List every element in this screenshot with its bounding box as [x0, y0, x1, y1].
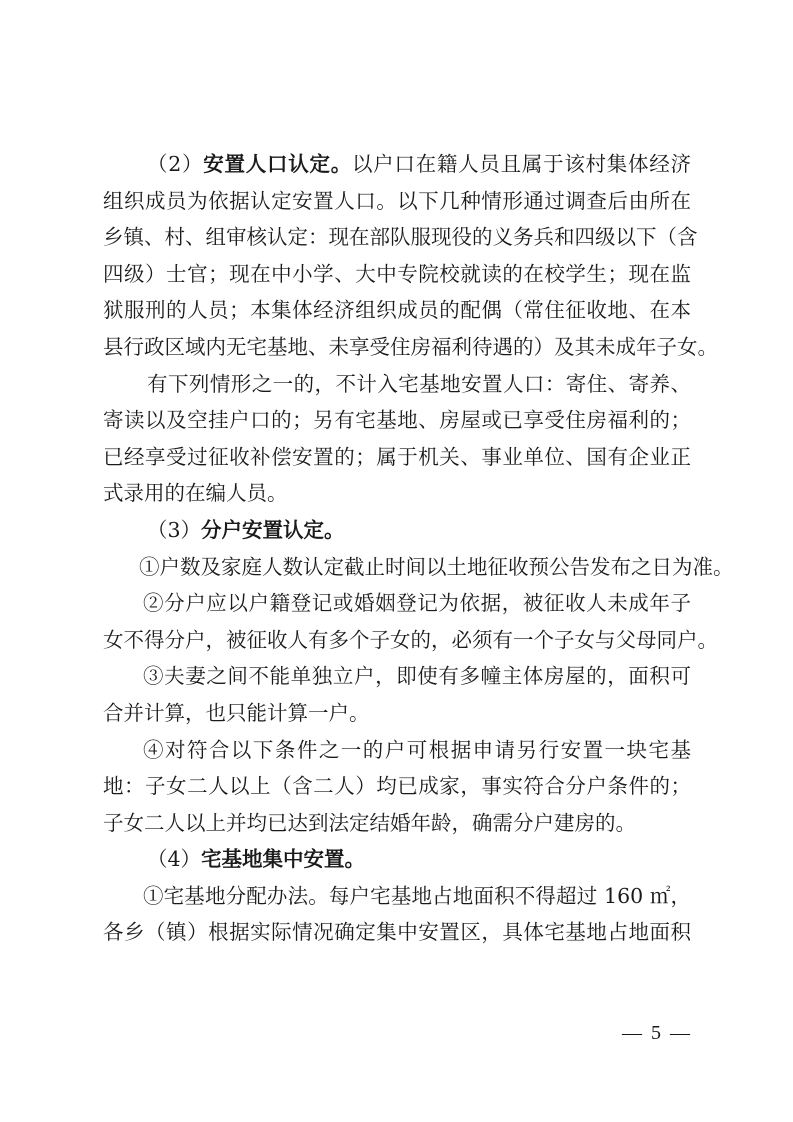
heading-prefix: （2） — [147, 152, 203, 176]
paragraph-line: 寄读以及空挂户口的；另有宅基地、房屋或已享受住房福利的； — [103, 402, 691, 439]
page-number: — 5 — — [622, 1022, 692, 1045]
paragraph-line: （2）安置人口认定。以户口在籍人员且属于该村集体经济 — [103, 146, 691, 183]
paragraph-line: ①户数及家庭人数认定截止时间以土地征收预公告发布之日为准。 — [103, 549, 691, 586]
paragraph-line: 有下列情形之一的，不计入宅基地安置人口：寄住、寄养、 — [103, 366, 691, 403]
paragraph-line: 各乡（镇）根据实际情况确定集中安置区，具体宅基地占地面积 — [103, 914, 691, 951]
heading-prefix: （3） — [147, 518, 201, 542]
paragraph-line: 乡镇、村、组审核认定：现在部队服现役的义务兵和四级以下（含 — [103, 219, 691, 256]
heading-prefix: （4） — [147, 847, 201, 871]
paragraph-line: ①宅基地分配办法。每户宅基地占地面积不得超过 160 ㎡， — [103, 878, 691, 915]
paragraph-line: 狱服刑的人员；本集体经济组织成员的配偶（常住征收地、在本 — [103, 292, 691, 329]
paragraph-line: 子女二人以上并均已达到法定结婚年龄，确需分户建房的。 — [103, 805, 691, 842]
paragraph-line: ④对符合以下条件之一的户可根据申请另行安置一块宅基 — [103, 732, 691, 769]
paragraph-line: 地：子女二人以上（含二人）均已成家，事实符合分户条件的； — [103, 768, 691, 805]
paragraph-line: （4）宅基地集中安置。 — [103, 841, 691, 878]
paragraph-line: ③夫妻之间不能单独立户，即使有多幢主体房屋的，面积可 — [103, 658, 691, 695]
paragraph-line: 合并计算，也只能计算一户。 — [103, 695, 691, 732]
paragraph-line: 女不得分户，被征收人有多个子女的，必须有一个子女与父母同户。 — [103, 622, 691, 659]
paragraph-line: 县行政区域内无宅基地、未享受住房福利待遇的）及其未成年子女。 — [103, 329, 691, 366]
paragraph-line: 式录用的在编人员。 — [103, 475, 691, 512]
section-heading: 分户安置认定。 — [201, 518, 345, 542]
paragraph-line: 四级）士官；现在中小学、大中专院校就读的在校学生；现在监 — [103, 256, 691, 293]
section-heading: 宅基地集中安置。 — [201, 847, 365, 871]
paragraph-line: （3）分户安置认定。 — [103, 512, 691, 549]
paragraph-text: 以户口在籍人员且属于该村集体经济 — [352, 152, 691, 176]
document-page: （2）安置人口认定。以户口在籍人员且属于该村集体经济 组织成员为依据认定安置人口… — [103, 146, 691, 951]
paragraph-line: 已经享受过征收补偿安置的；属于机关、事业单位、国有企业正 — [103, 439, 691, 476]
paragraph-line: 组织成员为依据认定安置人口。以下几种情形通过调查后由所在 — [103, 183, 691, 220]
section-heading: 安置人口认定。 — [203, 152, 352, 176]
paragraph-line: ②分户应以户籍登记或婚姻登记为依据，被征收人未成年子 — [103, 585, 691, 622]
